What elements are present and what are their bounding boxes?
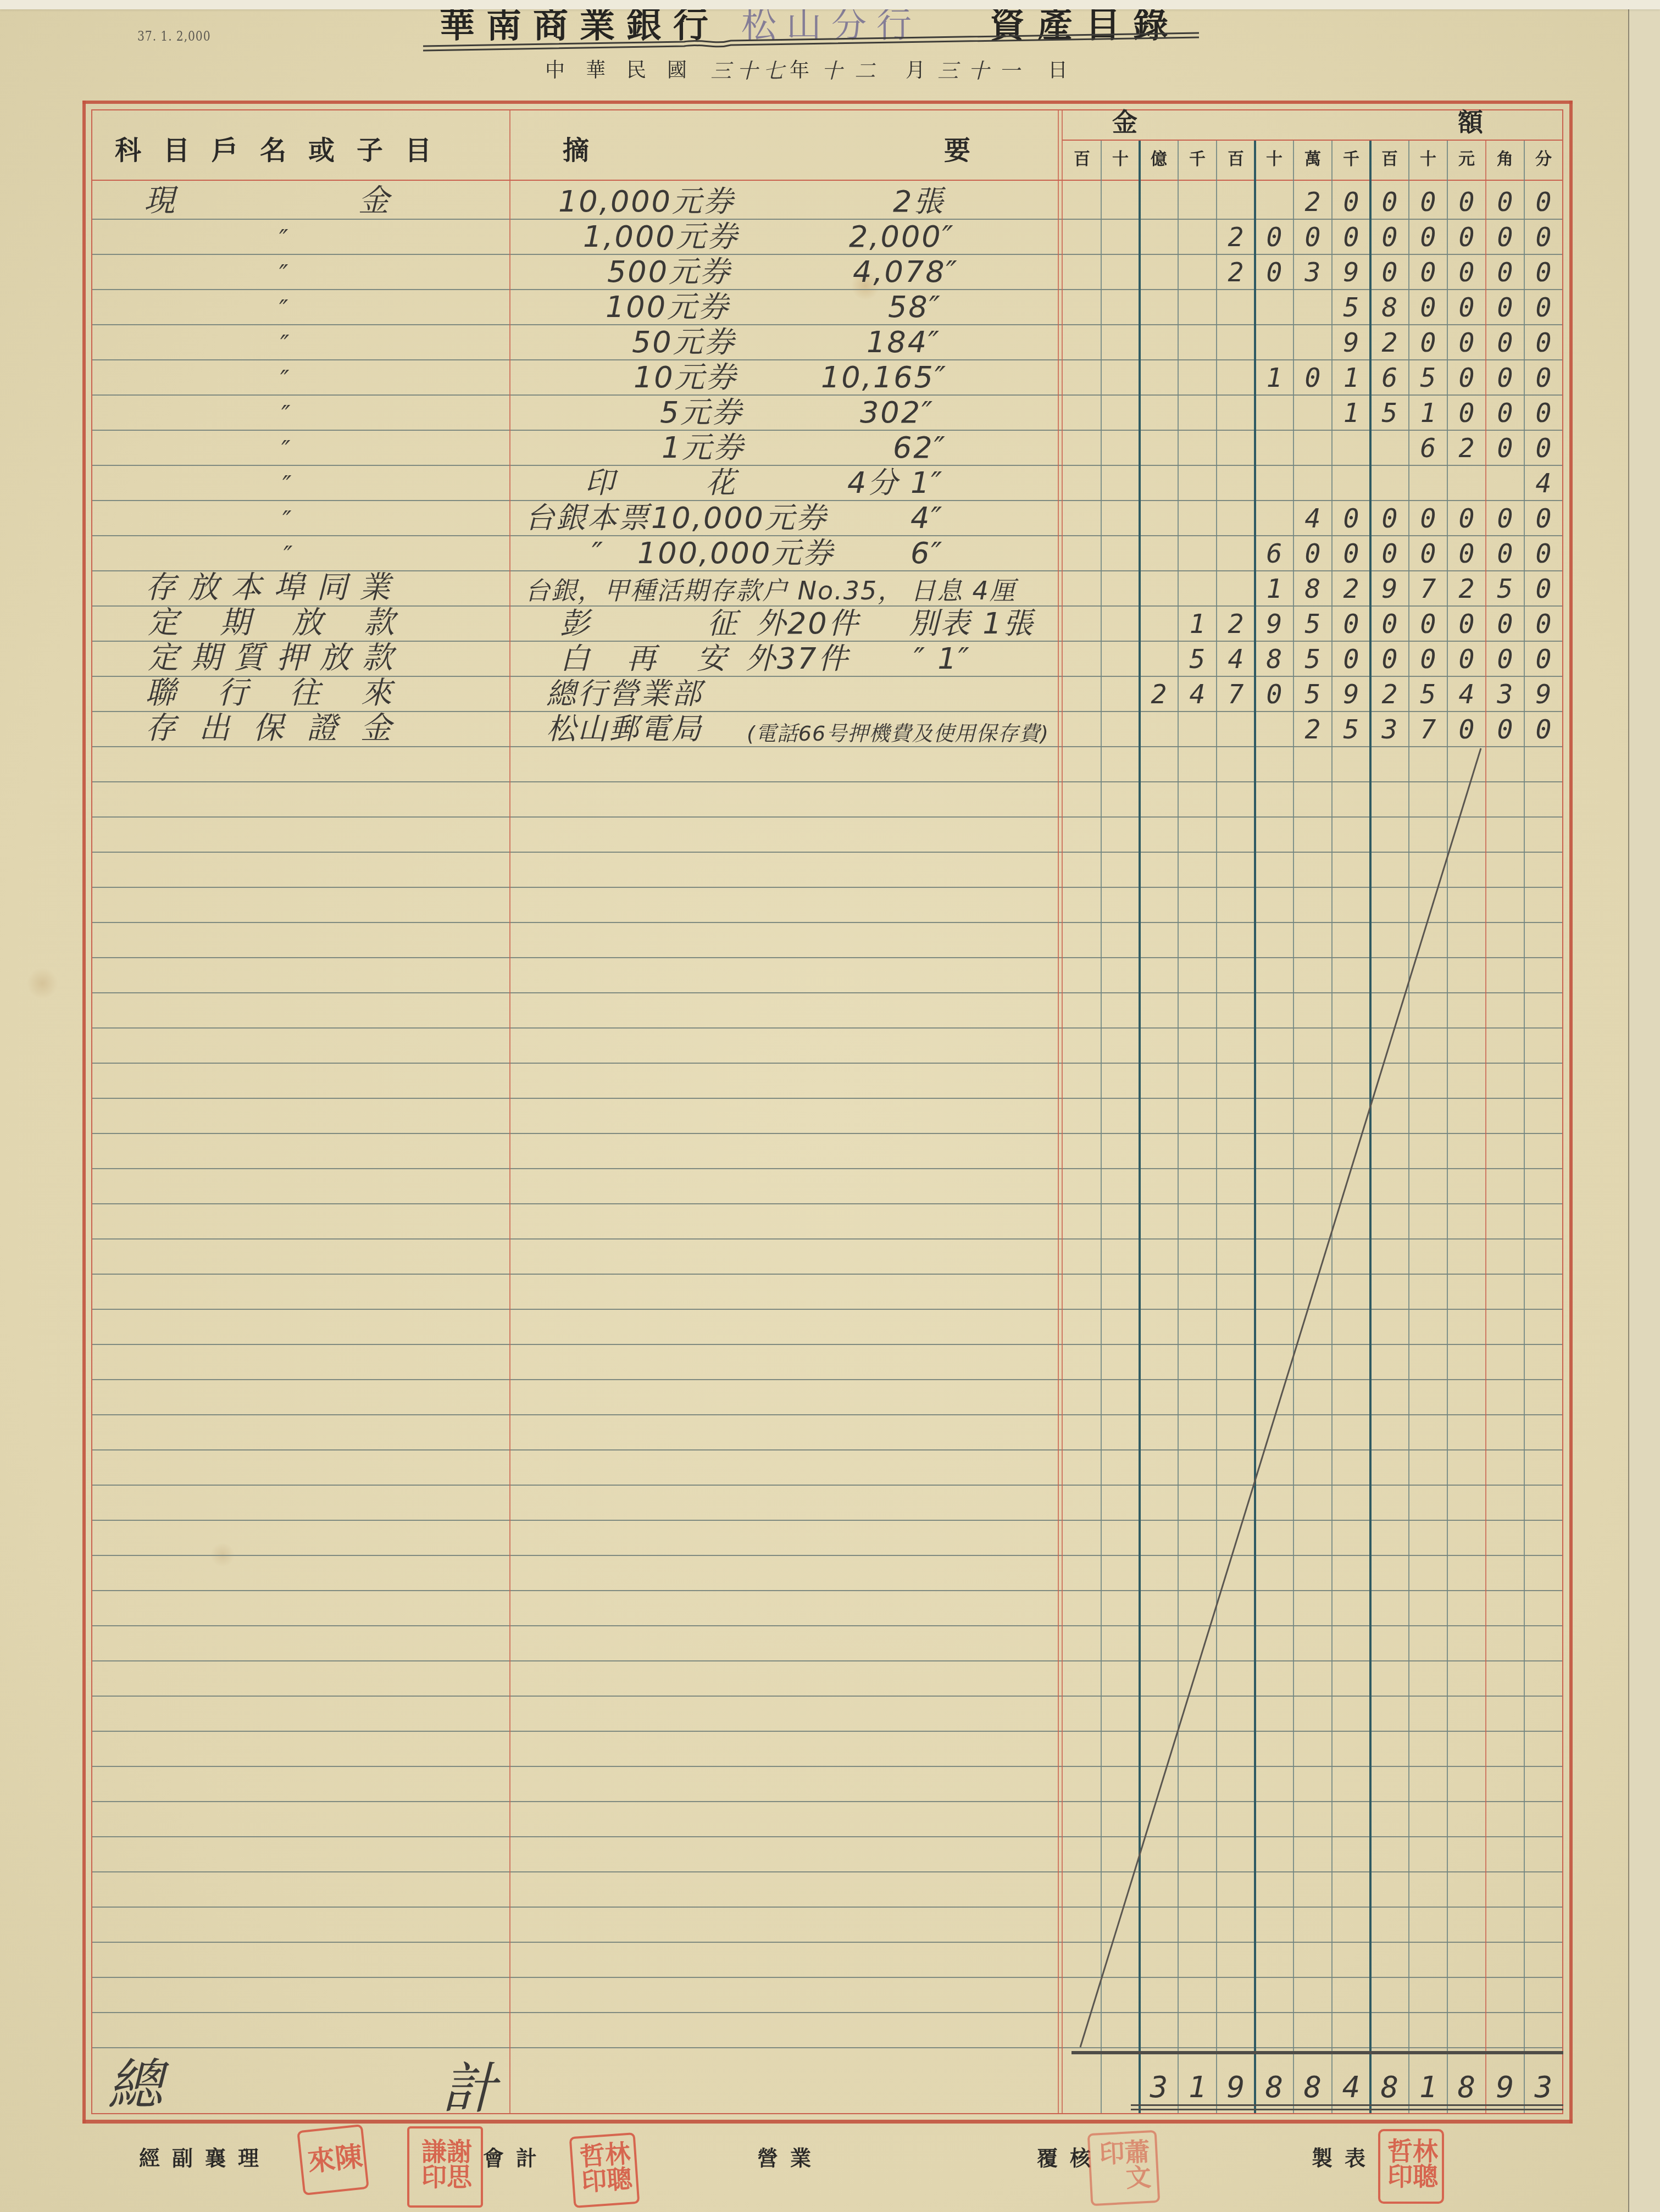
- table-row: ″ 台銀本票 10,000元券 4″ 4000000: [0, 501, 1660, 536]
- unit-hundred-million: 億: [1140, 144, 1178, 175]
- header-summary-right: 要: [944, 134, 970, 167]
- unit-hundred-thousand: 十: [1255, 144, 1293, 175]
- unit-yuan: 元: [1447, 144, 1486, 175]
- table-row: 存放本埠同業 台銀，甲種活期存款户 No.35， 日息 4厘 18297250: [0, 571, 1660, 607]
- summary-count: 外37件: [746, 644, 850, 674]
- summary-quantity: 6″: [910, 538, 944, 568]
- table-row: ″ 500元券 4,078″ 203900000: [0, 255, 1660, 290]
- date-year-text: 三十七: [710, 59, 790, 83]
- summary-item: 1元券: [662, 433, 745, 463]
- unit-ten-billion: 十: [1101, 144, 1140, 175]
- summary-quantity: 1″: [910, 468, 944, 498]
- seal-deputy-manager: 謝思謙印: [407, 2126, 483, 2208]
- table-row: ″ 10元券 10,165″ 10165000: [0, 360, 1660, 396]
- date-era-text: 中華民國: [545, 59, 708, 82]
- date-month: 十二: [821, 57, 887, 86]
- amount: 60000000: [1074, 541, 1574, 567]
- summary-quantity: 2張: [893, 187, 945, 216]
- summary-quantity: 2,000″: [849, 222, 955, 252]
- summary-name-part: 彭: [560, 609, 591, 638]
- summary-item: 台銀本票: [525, 503, 650, 533]
- account-ditto: ″: [282, 509, 291, 533]
- account-ditto: ″: [282, 474, 291, 498]
- date-era: 中華民國: [545, 57, 708, 85]
- total-underline-upper: [1131, 2104, 1563, 2106]
- summary-quantity: 4″: [910, 503, 944, 533]
- total-underline-lower: [1131, 2109, 1563, 2110]
- signature-label-accounting: 會計: [483, 2144, 549, 2172]
- ledger-page: 37. 1. 2,000 華南商業銀行 松山分行 資產目錄 中華民國 三十七 年…: [0, 0, 1660, 2212]
- unit-ten-million: 千: [1178, 144, 1217, 175]
- account-ditto: ″: [279, 227, 288, 252]
- amount: 203900000: [1074, 259, 1574, 286]
- summary-quantity: 4,078″: [853, 257, 959, 287]
- account-name: 存放本埠同業: [145, 573, 402, 603]
- summary-item: 台銀，甲種活期存款户 No.35，: [525, 578, 904, 603]
- amount: 1295000000: [1074, 611, 1574, 637]
- header-account: 科目戶名或子目: [115, 134, 453, 167]
- table-row: 定期質押放款 白 再 安 外37件 ″ 1″ 5485000000: [0, 642, 1660, 677]
- summary-item: 10,000元券: [651, 503, 828, 533]
- date-day-unit-text: 日: [1048, 59, 1068, 82]
- table-row: ″ 5元券 302″ 151000: [0, 396, 1660, 431]
- summary-interest: 日息 4厘: [910, 578, 1016, 603]
- table-row: 聯行往來 總行營業部 24705925439: [0, 677, 1660, 712]
- summary-item: 10元券: [634, 363, 737, 392]
- account-name: 現金: [144, 186, 573, 216]
- summary-item: 總行營業部: [546, 679, 703, 709]
- date-year-unit: 年: [790, 57, 809, 85]
- unit-hundred-billion: 百: [1063, 144, 1101, 175]
- table-row: ″ 1,000元券 2,000″ 200000000: [0, 220, 1660, 255]
- account-ditto: ″: [279, 263, 288, 287]
- amount: 10165000: [1074, 365, 1574, 391]
- summary-attachment: ″ 1″: [914, 644, 971, 674]
- amount: 2000000: [1074, 189, 1574, 215]
- table-row: ″ 1元券 62″ 6200: [0, 431, 1660, 466]
- seal-manager: 陳來: [297, 2124, 369, 2196]
- unit-hundred: 百: [1370, 144, 1409, 175]
- total-label-right: 計: [442, 2061, 497, 2116]
- amount: 200000000: [1074, 224, 1574, 251]
- digit-unit-headers: 百 十 億 千 百 十 萬 千 百 十 元 角 分: [1063, 144, 1563, 175]
- account-ditto: ″: [281, 403, 290, 427]
- frame-bottom-inner: [91, 2113, 1563, 2114]
- account-name: 存出保證金: [145, 713, 414, 744]
- frame-bottom-outer: [82, 2120, 1573, 2124]
- summary-attachment: 別表 1張: [909, 609, 1035, 638]
- account-ditto: ″: [280, 368, 289, 392]
- summary-item: 100元券: [606, 292, 730, 322]
- amount: 4: [1074, 470, 1574, 497]
- date-day-unit: 日: [1048, 57, 1068, 85]
- amount: 920000: [1074, 330, 1574, 356]
- signature-label-manager: 經副襄理: [139, 2144, 271, 2172]
- table-row: ″ 印 花 4分 1″ 4: [0, 466, 1660, 501]
- header-amount-left: 金: [1112, 105, 1137, 138]
- summary-ditto: ″: [592, 538, 604, 568]
- account-ditto: ″: [284, 544, 292, 568]
- table-row: 現金 10,000元券 2張 2000000: [0, 180, 1660, 220]
- table-row: ″ 50元券 184″ 920000: [0, 325, 1660, 360]
- summary-name-part: 安: [697, 644, 728, 674]
- header-amount-right: 額: [1458, 105, 1483, 138]
- summary-item: 10,000元券: [558, 187, 735, 216]
- summary-note: (電話66号押機費及使用保存費): [747, 723, 1049, 744]
- header-summary-left: 摘: [563, 134, 589, 167]
- summary-item: 5元券: [660, 398, 743, 427]
- summary-name-part: 白: [560, 644, 591, 674]
- total-amount: 31988481893: [1073, 2072, 1573, 2102]
- seal-text: 林聰哲印: [577, 2140, 631, 2200]
- summary-item: 500元券: [607, 257, 731, 287]
- summary-item: 1,000元券: [583, 222, 739, 252]
- summary-quantity: 184″: [867, 327, 941, 357]
- date-year-unit-text: 年: [790, 59, 809, 82]
- amount: 151000: [1074, 400, 1574, 426]
- unit-ten-thousand: 萬: [1293, 144, 1332, 175]
- summary-quantity: 58″: [888, 292, 942, 322]
- summary-name-part: 再: [626, 644, 658, 674]
- amount: 4000000: [1074, 505, 1574, 532]
- seal-accounting: 林聰哲印: [569, 2132, 640, 2208]
- unit-ten: 十: [1409, 144, 1447, 175]
- total-separator-line: [1071, 2051, 1563, 2054]
- summary-quantity: 302″: [860, 398, 934, 427]
- signature-label-business: 營業: [757, 2144, 823, 2172]
- seal-text: 陳來: [304, 2142, 362, 2178]
- seal-prepared-by: 林聰哲印: [1378, 2129, 1444, 2204]
- summary-quantity: 10,165″: [821, 363, 947, 392]
- account-name: 定期放款: [148, 608, 436, 638]
- table-row: ″ 100元券 58″ 580000: [0, 290, 1660, 325]
- total-label-left: 總: [108, 2058, 163, 2113]
- summary-name-part: 征: [707, 609, 739, 638]
- summary-quantity: 62″: [893, 433, 947, 463]
- summary-item: 50元券: [632, 327, 736, 357]
- summary-count: 外20件: [756, 609, 860, 638]
- table-row: 存出保證金 松山郵電局 (電話66号押機費及使用保存費) 2537000: [0, 712, 1660, 747]
- date-month-text: 十二: [821, 59, 887, 83]
- amount: 18297250: [1074, 576, 1574, 602]
- unit-thousand: 千: [1332, 144, 1370, 175]
- seal-text: 蕭文印: [1097, 2138, 1150, 2198]
- date-month-unit: 月: [906, 57, 925, 85]
- date-day-text: 三十一: [937, 59, 1030, 83]
- frame-top-inner: [91, 109, 1563, 110]
- account-name: 聯行往來: [145, 678, 433, 709]
- account-ditto: ″: [279, 298, 288, 322]
- unit-jiao: 角: [1486, 144, 1524, 175]
- table-row: ″ ″ 100,000元券 6″ 60000000: [0, 536, 1660, 571]
- unit-fen: 分: [1524, 144, 1563, 175]
- overlapping-paper-strip: [0, 0, 1660, 9]
- unit-million: 百: [1217, 144, 1255, 175]
- seal-review: 蕭文印: [1087, 2130, 1161, 2206]
- amount: 24705925439: [1074, 681, 1574, 708]
- amount: 2537000: [1074, 716, 1574, 743]
- seal-text: 謝思謙印: [420, 2138, 470, 2196]
- account-ditto: ″: [281, 438, 290, 463]
- account-name: 定期質押放款: [148, 643, 405, 674]
- amount: 5485000000: [1074, 646, 1574, 673]
- amount: 6200: [1074, 435, 1574, 462]
- seal-text: 林聰哲印: [1386, 2138, 1436, 2195]
- summary-item: 印: [585, 468, 616, 498]
- date-day: 三十一: [937, 57, 1030, 86]
- amount: 580000: [1074, 294, 1574, 321]
- summary-item: 松山郵電局: [546, 714, 703, 744]
- signature-label-prepared-by: 製表: [1312, 2144, 1378, 2172]
- frame-top-outer: [82, 101, 1573, 104]
- summary-item: 花: [706, 468, 737, 498]
- summary-unit: 4分: [847, 468, 899, 498]
- date-month-unit-text: 月: [906, 59, 925, 82]
- amount-header-line: [1062, 140, 1563, 141]
- date-year: 三十七: [710, 57, 790, 86]
- account-ditto: ″: [280, 333, 289, 357]
- table-row: 定期放款 彭 征 外20件 別表 1張 1295000000: [0, 607, 1660, 642]
- summary-item: 100,000元券: [637, 538, 834, 568]
